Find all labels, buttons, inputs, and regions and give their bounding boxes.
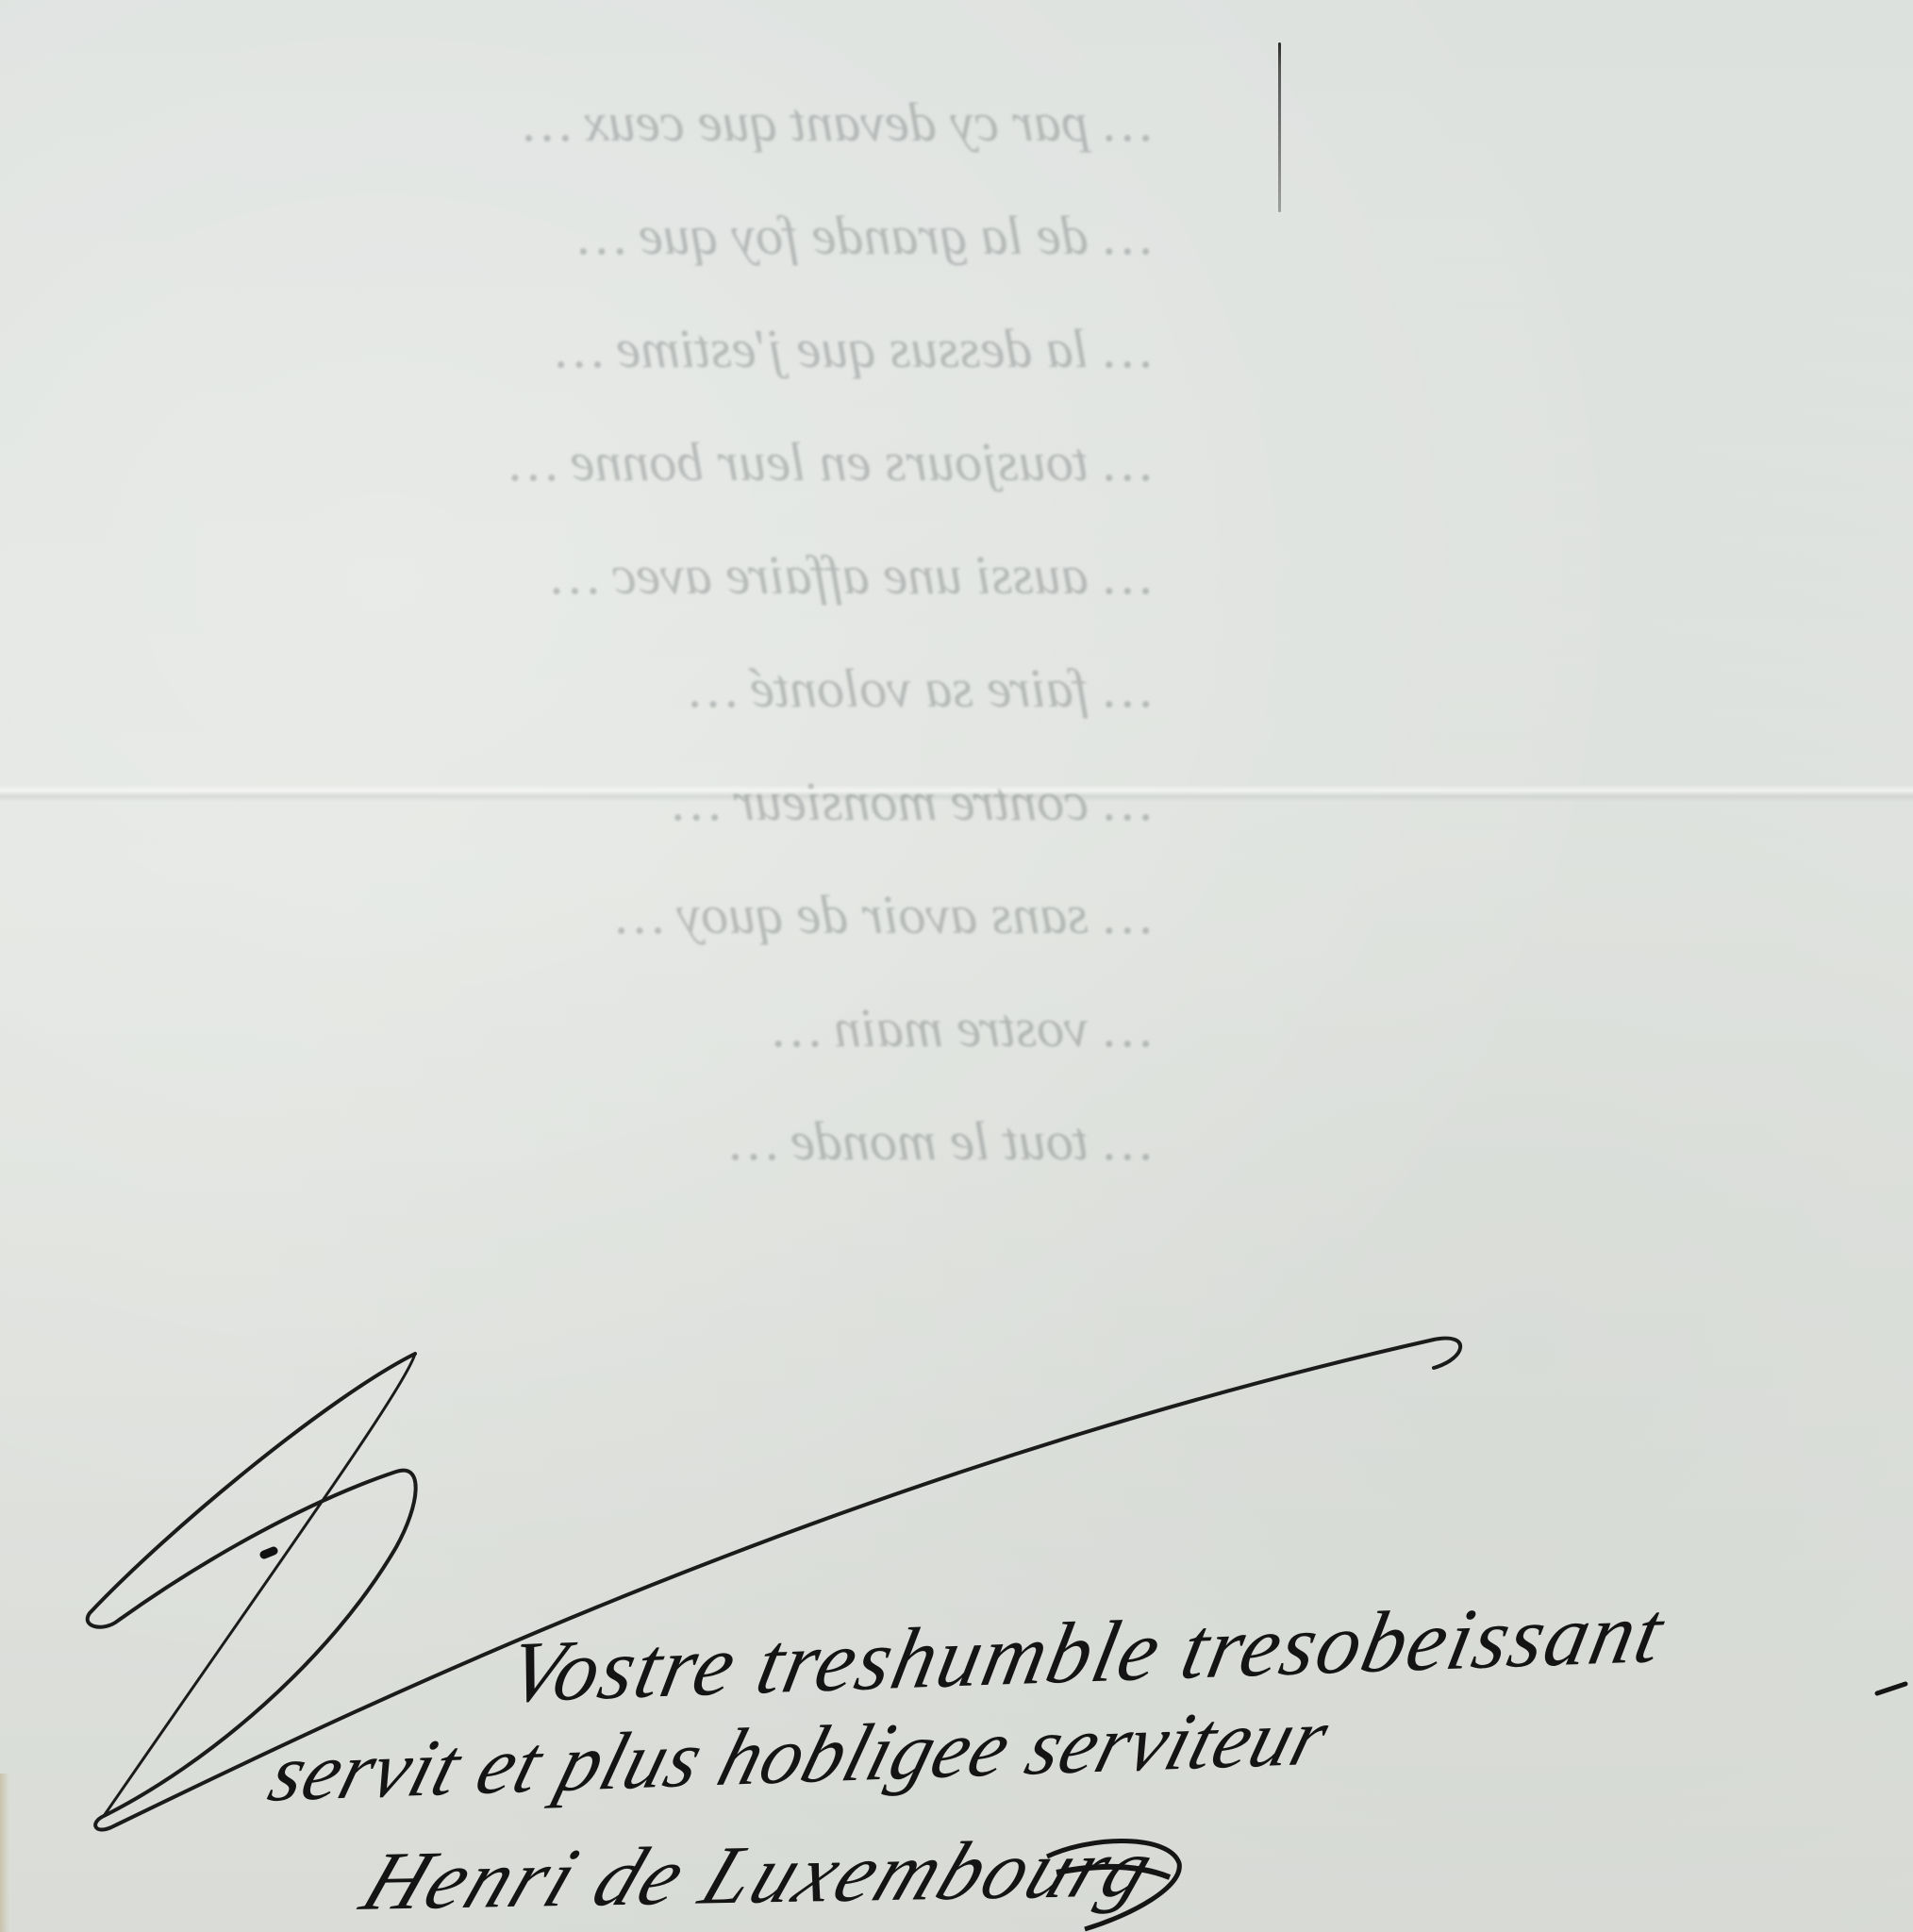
signature-name: Henri de Luxembourg — [349, 1821, 1170, 1930]
